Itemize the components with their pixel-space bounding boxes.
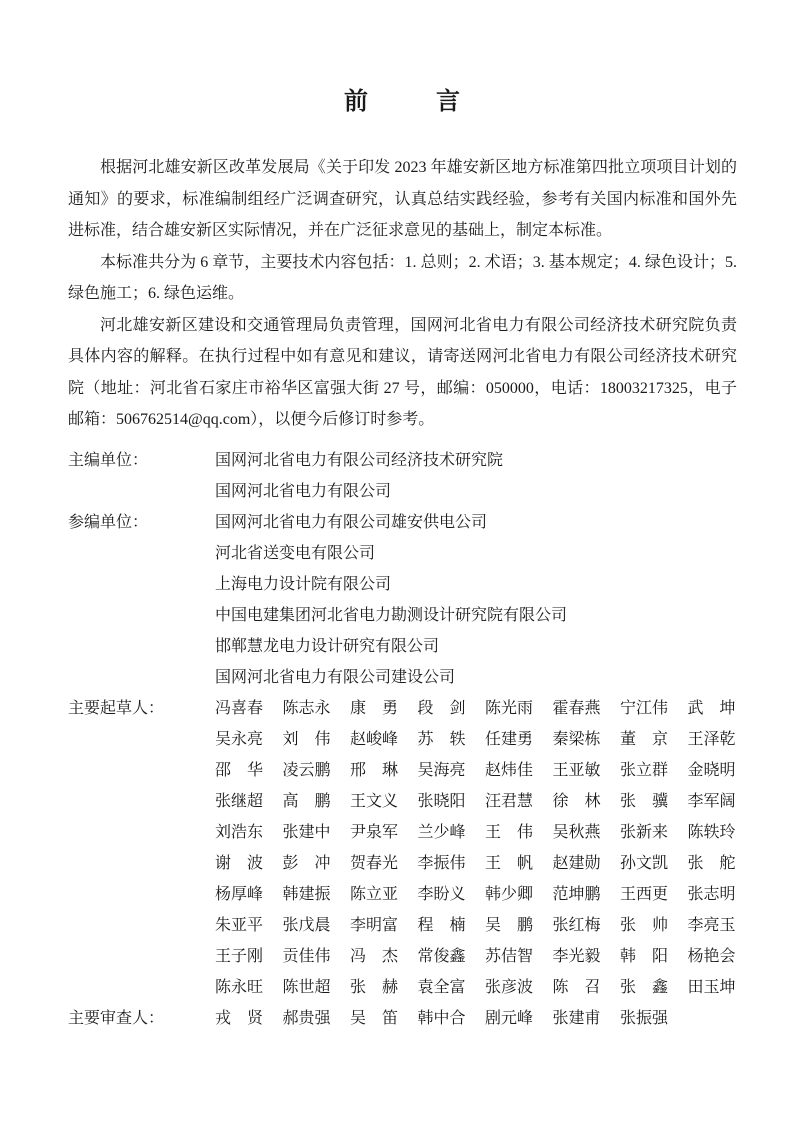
- drafter-name: 吴永亮: [215, 724, 263, 755]
- drafter-row: 刘浩东 张建中 尹泉军 兰少峰 王伟 吴秋燕 张新来 陈轶玲: [215, 817, 737, 848]
- drafter-name: 冯喜春: [215, 693, 263, 724]
- drafter-name: 张彦波: [485, 972, 533, 1003]
- chief-editor-section: 主编单位： 国网河北省电力有限公司经济技术研究院 国网河北省电力有限公司: [68, 445, 737, 507]
- drafter-name: 孙文凯: [620, 848, 668, 879]
- reviewer-name: 张建甫: [553, 1003, 601, 1034]
- drafter-name: 李盼义: [418, 879, 466, 910]
- drafter-name: 汪君慧: [485, 786, 533, 817]
- drafter-name: 王西更: [620, 879, 668, 910]
- drafters-label: 主要起草人：: [68, 693, 215, 724]
- drafter-name: 宁江伟: [620, 693, 668, 724]
- drafter-name: 陈轶玲: [688, 817, 736, 848]
- drafter-name: 韩少卿: [485, 879, 533, 910]
- drafter-name: 徐林: [553, 786, 601, 817]
- drafter-name: 王伟: [485, 817, 533, 848]
- unit-name: 国网河北省电力有限公司建设公司: [215, 662, 737, 693]
- unit-name: 河北省送变电有限公司: [215, 538, 737, 569]
- drafter-row: 杨厚峰 韩建振 陈立亚 李盼义 韩少卿 范坤鹏 王西更 张志明: [215, 879, 737, 910]
- drafter-row: 邵华 凌云鹏 邢琳 吴海亮 赵炜佳 王亚敏 张立群 金晓明: [215, 755, 737, 786]
- drafters-names: 冯喜春 陈志永 康勇 段剑 陈光雨 霍春燕 宁江伟 武坤 吴永亮 刘伟 赵峻峰 …: [215, 693, 737, 1003]
- drafter-name: 王文义: [350, 786, 398, 817]
- reviewer-name: 韩中合: [418, 1003, 466, 1034]
- paragraph-basis: 根据河北雄安新区改革发展局《关于印发 2023 年雄安新区地方标准第四批立项项目…: [68, 152, 737, 247]
- drafter-name: 田玉坤: [688, 972, 736, 1003]
- drafter-row: 冯喜春 陈志永 康勇 段剑 陈光雨 霍春燕 宁江伟 武坤: [215, 693, 737, 724]
- drafter-name: 陈光雨: [485, 693, 533, 724]
- reviewer-name: 张振强: [620, 1003, 668, 1034]
- drafter-name: 张骥: [620, 786, 668, 817]
- co-editor-label: 参编单位：: [68, 507, 215, 538]
- unit-name: 邯郸慧龙电力设计研究有限公司: [215, 631, 737, 662]
- drafter-name: 李振伟: [418, 848, 466, 879]
- reviewer-row: 戎贤 郝贵强 吴笛 韩中合 剧元峰 张建甫 张振强: [215, 1003, 737, 1034]
- drafter-name: 彭冲: [283, 848, 331, 879]
- chief-editor-units: 国网河北省电力有限公司经济技术研究院 国网河北省电力有限公司: [215, 445, 737, 507]
- drafter-name: 张帅: [620, 910, 668, 941]
- drafter-name: 冯杰: [350, 941, 398, 972]
- drafter-name: 霍春燕: [553, 693, 601, 724]
- drafter-name: 陈召: [553, 972, 601, 1003]
- drafter-name: 程楠: [418, 910, 466, 941]
- reviewers-names: 戎贤 郝贵强 吴笛 韩中合 剧元峰 张建甫 张振强: [215, 1003, 737, 1034]
- drafter-name: 吴秋燕: [553, 817, 601, 848]
- drafter-name: 张志明: [688, 879, 736, 910]
- unit-name: 国网河北省电力有限公司经济技术研究院: [215, 445, 737, 476]
- drafter-name: 袁全富: [418, 972, 466, 1003]
- drafter-name: 武坤: [688, 693, 736, 724]
- drafter-name: 凌云鹏: [283, 755, 331, 786]
- unit-name: 上海电力设计院有限公司: [215, 569, 737, 600]
- drafter-name: 赵峻峰: [350, 724, 398, 755]
- drafter-name: 刘浩东: [215, 817, 263, 848]
- drafter-name: 贺春光: [350, 848, 398, 879]
- drafter-name: 王泽乾: [688, 724, 736, 755]
- unit-name: 国网河北省电力有限公司: [215, 476, 737, 507]
- drafter-name: 张新来: [620, 817, 668, 848]
- drafter-name: 王亚敏: [553, 755, 601, 786]
- drafter-name: 邵华: [215, 755, 263, 786]
- drafter-name: 谢波: [215, 848, 263, 879]
- drafter-name: 高鹏: [283, 786, 331, 817]
- drafter-name: 陈世超: [283, 972, 331, 1003]
- drafter-row: 王子刚 贡佳伟 冯杰 常俊鑫 苏佶智 李光毅 韩阳 杨艳会: [215, 941, 737, 972]
- drafter-name: 常俊鑫: [418, 941, 466, 972]
- drafter-name: 韩阳: [620, 941, 668, 972]
- drafter-name: 范坤鹏: [553, 879, 601, 910]
- drafter-name: 张立群: [620, 755, 668, 786]
- drafter-name: 赵炜佳: [485, 755, 533, 786]
- drafter-row: 朱亚平 张戊晨 李明富 程楠 吴鹏 张红梅 张帅 李亮玉: [215, 910, 737, 941]
- credits-list: 主编单位： 国网河北省电力有限公司经济技术研究院 国网河北省电力有限公司 参编单…: [68, 445, 737, 1034]
- paragraph-management-contact: 河北雄安新区建设和交通管理局负责管理，国网河北省电力有限公司经济技术研究院负责具…: [68, 310, 737, 436]
- drafter-name: 任建勇: [485, 724, 533, 755]
- reviewer-name: 戎贤: [215, 1003, 263, 1034]
- drafter-name: 张鑫: [620, 972, 668, 1003]
- paragraph-contents: 本标准共分为 6 章节，主要技术内容包括：1. 总则；2. 术语；3. 基本规定…: [68, 247, 737, 310]
- drafter-name: 张红梅: [553, 910, 601, 941]
- drafter-name: 金晓明: [688, 755, 736, 786]
- drafter-name: 张舵: [688, 848, 736, 879]
- drafters-section: 主要起草人： 冯喜春 陈志永 康勇 段剑 陈光雨 霍春燕 宁江伟 武坤 吴永亮 …: [68, 693, 737, 1003]
- drafter-name: 陈志永: [283, 693, 331, 724]
- drafter-row: 张继超 高鹏 王文义 张晓阳 汪君慧 徐林 张骥 李军阔: [215, 786, 737, 817]
- drafter-name: 李亮玉: [688, 910, 736, 941]
- drafter-name: 李明富: [350, 910, 398, 941]
- unit-name: 中国电建集团河北省电力勘测设计研究院有限公司: [215, 600, 737, 631]
- drafter-name: 贡佳伟: [283, 941, 331, 972]
- drafter-name: 赵建勋: [553, 848, 601, 879]
- drafter-row: 陈永旺 陈世超 张赫 袁全富 张彦波 陈召 张鑫 田玉坤: [215, 972, 737, 1003]
- drafter-name: 苏佶智: [485, 941, 533, 972]
- drafter-name: 杨厚峰: [215, 879, 263, 910]
- drafter-name: 李军阔: [688, 786, 736, 817]
- drafter-name: 刘伟: [283, 724, 331, 755]
- drafter-name: 吴鹏: [485, 910, 533, 941]
- drafter-name: 秦梁栋: [553, 724, 601, 755]
- reviewer-name: 剧元峰: [485, 1003, 533, 1034]
- reviewers-section: 主要审查人： 戎贤 郝贵强 吴笛 韩中合 剧元峰 张建甫 张振强: [68, 1003, 737, 1034]
- drafter-name: 吴海亮: [418, 755, 466, 786]
- reviewer-name: 郝贵强: [283, 1003, 331, 1034]
- drafter-name: 张戊晨: [283, 910, 331, 941]
- drafter-name: 王帆: [485, 848, 533, 879]
- co-editor-units: 国网河北省电力有限公司雄安供电公司 河北省送变电有限公司 上海电力设计院有限公司…: [215, 507, 737, 693]
- drafter-name: 苏轶: [418, 724, 466, 755]
- drafter-name: 王子刚: [215, 941, 263, 972]
- unit-name: 国网河北省电力有限公司雄安供电公司: [215, 507, 737, 538]
- drafter-name: 康勇: [350, 693, 398, 724]
- drafter-name: 朱亚平: [215, 910, 263, 941]
- drafter-name: 韩建振: [283, 879, 331, 910]
- page-title: 前 言: [68, 90, 737, 114]
- drafter-name: 李光毅: [553, 941, 601, 972]
- drafter-name: 陈永旺: [215, 972, 263, 1003]
- drafter-name: 陈立亚: [350, 879, 398, 910]
- drafter-name: 张继超: [215, 786, 263, 817]
- drafter-name: 张建中: [283, 817, 331, 848]
- drafter-name: 邢琳: [350, 755, 398, 786]
- reviewer-name: 吴笛: [350, 1003, 398, 1034]
- co-editor-section: 参编单位： 国网河北省电力有限公司雄安供电公司 河北省送变电有限公司 上海电力设…: [68, 507, 737, 693]
- drafter-row: 吴永亮 刘伟 赵峻峰 苏轶 任建勇 秦梁栋 董京 王泽乾: [215, 724, 737, 755]
- drafter-name: 张晓阳: [418, 786, 466, 817]
- drafter-name: 兰少峰: [418, 817, 466, 848]
- drafter-name: 尹泉军: [350, 817, 398, 848]
- drafter-name: 段剑: [418, 693, 466, 724]
- drafter-name: 杨艳会: [688, 941, 736, 972]
- chief-editor-label: 主编单位：: [68, 445, 215, 476]
- drafter-name: 张赫: [350, 972, 398, 1003]
- drafter-row: 谢波 彭冲 贺春光 李振伟 王帆 赵建勋 孙文凯 张舵: [215, 848, 737, 879]
- document-page: 前 言 根据河北雄安新区改革发展局《关于印发 2023 年雄安新区地方标准第四批…: [0, 0, 800, 1132]
- reviewers-label: 主要审查人：: [68, 1003, 215, 1034]
- drafter-name: 董京: [620, 724, 668, 755]
